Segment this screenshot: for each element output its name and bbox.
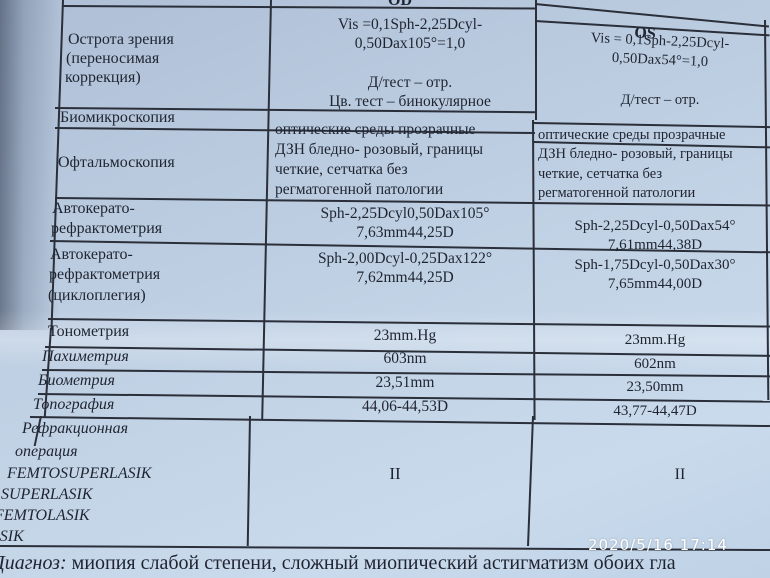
od-value-line: Д/тест – отр. <box>300 74 520 92</box>
row-label: Биомикроскопия <box>60 109 175 127</box>
od-value-line: регматогенной патологии <box>275 181 443 199</box>
os-value-line: 7,65mm44,00D <box>540 276 770 293</box>
row-label: Офтальмоскопия <box>58 154 175 172</box>
od-value-line: Vis =0,1Sph-2,25Dcyl- <box>300 16 520 34</box>
row-label: Биометрия <box>38 372 115 390</box>
os-value: II <box>645 466 715 484</box>
od-value-line: Sph-2,25Dcyl0,50Dax105° <box>280 205 530 223</box>
os-value-line: Sph-1,75Dcyl-0,50Dax30° <box>540 257 770 274</box>
os-value-line: четкие, сетчатка без <box>538 166 662 183</box>
row-label-line: рефрактометрия <box>49 266 160 284</box>
diagnosis-line: Диагноз: миопия слабой степени, сложный … <box>0 552 676 575</box>
os-value: 43,77-44,47D <box>540 403 770 420</box>
os-value-line: Sph-2,25Dcyl-0,50Dax54° <box>540 218 770 235</box>
photo-timestamp: 2020/5/16 17:14 <box>588 536 728 554</box>
document-photo: OD OS Острота зрения (переносимая коррек… <box>0 0 770 578</box>
row-label-line: (переносимая <box>66 50 159 68</box>
row-label-line: SUPERLASIK <box>1 486 93 504</box>
row-label-line: FEMTOLASIK <box>0 507 90 525</box>
row-label-line: коррекция) <box>65 69 141 87</box>
column-divider-1-lower <box>247 416 251 546</box>
column-divider-2-mid <box>532 120 535 420</box>
od-value: II <box>360 464 430 484</box>
diagnosis-text: миопия слабой степени, сложный миопическ… <box>72 552 676 574</box>
os-value-line: 7,61mm44,38D <box>540 237 770 254</box>
row-divider-0 <box>62 5 537 9</box>
od-value-line: 0,50Dax105°=1,0 <box>300 35 520 53</box>
od-value-line: 7,63mm44,25D <box>280 224 530 242</box>
row-label-line: ASIK <box>0 528 24 546</box>
row-label: Тонометрия <box>48 323 129 341</box>
od-value-line: четкие, сетчатка без <box>275 161 408 179</box>
row-label-line: Автокерато- <box>52 200 135 218</box>
od-value-line: Sph-2,00Dcyl-0,25Dax122° <box>280 250 530 268</box>
row-divider-5 <box>48 318 770 327</box>
row-label-line: Автокерато- <box>50 246 133 264</box>
od-value: 603nm <box>280 350 530 368</box>
column-divider-2 <box>535 0 537 120</box>
od-value-line: 7,62mm44,25D <box>280 269 530 287</box>
row-label: Пахиметрия <box>42 348 129 366</box>
od-value-line: ДЗН бледно- розовый, границы <box>275 141 483 159</box>
column-divider-1 <box>261 0 271 420</box>
header-od: OD <box>380 0 420 10</box>
os-value: 23,50mm <box>540 379 770 396</box>
row-label: Топография <box>33 396 114 414</box>
os-value: 602nm <box>540 356 770 373</box>
column-divider-2-lower <box>527 416 533 546</box>
od-value: 23mm.Hg <box>280 327 530 345</box>
row-label-line: рефрактометрия <box>51 220 162 238</box>
row-label-line: Рефракционная <box>22 420 128 438</box>
row-label-line: операция <box>15 443 78 461</box>
od-value: оптические среды прозрачные <box>275 121 475 139</box>
os-value: оптические среды прозрачные <box>538 127 726 144</box>
diagnosis-prefix: Диагноз: <box>0 552 67 574</box>
row-divider-0-os <box>535 3 769 27</box>
row-label-line: Острота зрения <box>68 31 174 49</box>
os-value: 23mm.Hg <box>540 332 770 349</box>
od-value-line: Цв. тест – бинокулярное <box>300 93 520 111</box>
od-value: 23,51mm <box>280 374 530 392</box>
row-label-line: FEMTOSUPERLASIK <box>7 465 152 483</box>
od-value: 44,06-44,53D <box>280 398 530 416</box>
os-value-line: ДЗН бледно- розовый, границы <box>538 146 733 163</box>
os-value-line: регматогенной патологии <box>538 185 695 202</box>
row-label-line: (циклоплегия) <box>48 287 146 305</box>
os-value-line: Д/тест – отр. <box>560 92 760 109</box>
